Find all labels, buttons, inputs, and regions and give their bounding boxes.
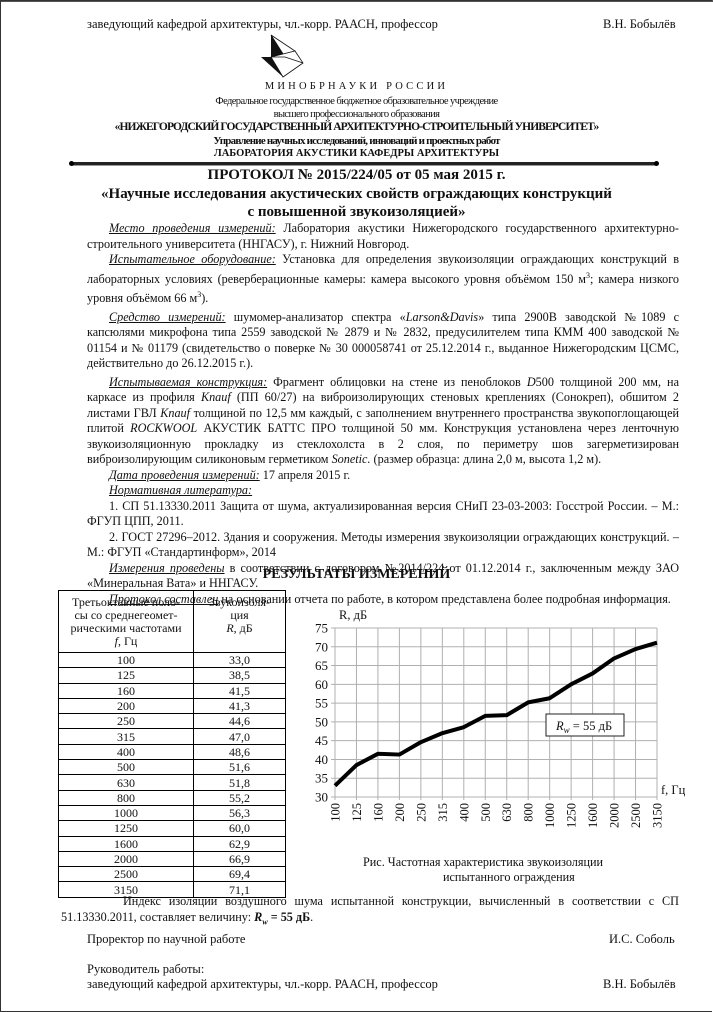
insulation-cell: 38,5 (194, 668, 286, 683)
prorector-role: Проректор по научной работе (87, 932, 245, 947)
frequency-cell: 160 (59, 683, 194, 698)
x-tick-label: 160 (371, 803, 385, 822)
table-row: 125060,0 (59, 821, 286, 836)
section-literature-label: Нормативная литература: (87, 483, 679, 499)
institution-line-2: высшего профессионального образования (0, 109, 713, 120)
y-tick-label: 35 (315, 771, 328, 786)
insulation-cell: 51,6 (194, 760, 286, 775)
header-signature-name: В.Н. Бобылёв (603, 17, 676, 32)
x-axis-label: f, Гц (661, 783, 686, 797)
table-row: 250069,4 (59, 867, 286, 882)
insulation-cell: 56,3 (194, 805, 286, 820)
header-signature-role: заведующий кафедрой архитектуры, чл.-кор… (87, 17, 438, 32)
insulation-cell: 62,9 (194, 836, 286, 851)
y-tick-label: 50 (315, 714, 328, 729)
table-row: 16041,5 (59, 683, 286, 698)
section-date: Дата проведения измерений: 17 апреля 201… (87, 468, 679, 484)
table-row: 25044,6 (59, 714, 286, 729)
frequency-cell: 800 (59, 790, 194, 805)
figure-caption-line-1: Рис. Частотная характеристика звукоизоля… (363, 855, 603, 870)
section-equipment: Испытательное оборудование: Установка дл… (87, 252, 679, 307)
x-tick-label: 800 (522, 803, 536, 822)
y-tick-label: 40 (315, 752, 328, 767)
insulation-cell: 69,4 (194, 867, 286, 882)
y-tick-label: 75 (315, 621, 328, 636)
frequency-cell: 2500 (59, 867, 194, 882)
y-tick-label: 70 (315, 639, 328, 654)
frequency-cell: 1000 (59, 805, 194, 820)
table-row: 31547,0 (59, 729, 286, 744)
frequency-cell: 250 (59, 714, 194, 729)
table-row: 160062,9 (59, 836, 286, 851)
insulation-cell: 48,6 (194, 744, 286, 759)
laboratory-name: ЛАБОРАТОРИЯ АКУСТИКИ КАФЕДРЫ АРХИТЕКТУРЫ (0, 148, 713, 159)
department-name: Управление научных исследований, инновац… (0, 135, 713, 147)
results-title: РЕЗУЛЬТАТЫ ИЗМЕРЕНИЙ (0, 567, 713, 583)
head-label: Руководитель работы: (87, 962, 204, 977)
protocol-body: Место проведения измерений: Лаборатория … (87, 221, 679, 607)
x-tick-label: 2500 (629, 803, 643, 828)
header-divider (72, 162, 656, 166)
y-tick-label: 55 (315, 696, 328, 711)
table-row: 63051,8 (59, 775, 286, 790)
insulation-cell: 41,5 (194, 683, 286, 698)
x-tick-label: 3150 (651, 803, 665, 828)
insulation-cell: 47,0 (194, 729, 286, 744)
x-tick-label: 315 (436, 803, 450, 822)
x-tick-label: 1600 (586, 803, 600, 828)
literature-item-1: 1. СП 51.13330.2011 Защита от шума, акту… (87, 499, 679, 530)
conclusion-paragraph: Индекс изоляции воздушного шума испытанн… (61, 893, 679, 930)
rw-value: Rw = 55 дБ (254, 910, 310, 924)
x-tick-label: 1250 (565, 803, 579, 828)
x-tick-label: 500 (479, 803, 493, 822)
ministry-name: МИНОБРНАУКИ РОССИИ (0, 81, 713, 92)
y-axis-label: R, дБ (339, 608, 367, 622)
insulation-cell: 55,2 (194, 790, 286, 805)
figure-caption-line-2: испытанного ограждения (443, 870, 575, 885)
y-tick-label: 45 (315, 733, 328, 748)
frequency-response-chart: 3035404550556065707510012516020025031540… (290, 600, 700, 850)
head-role: заведующий кафедрой архитектуры, чл.-кор… (87, 977, 438, 992)
table-row: 80055,2 (59, 790, 286, 805)
table-row: 200066,9 (59, 851, 286, 866)
x-tick-label: 125 (350, 803, 364, 822)
insulation-cell: 66,9 (194, 851, 286, 866)
table-row: 40048,6 (59, 744, 286, 759)
table-row: 100056,3 (59, 805, 286, 820)
y-tick-label: 30 (315, 790, 328, 805)
head-name: В.Н. Бобылёв (603, 977, 676, 992)
insulation-cell: 41,3 (194, 698, 286, 713)
table-row: 50051,6 (59, 760, 286, 775)
section-place: Место проведения измерений: Лаборатория … (87, 221, 679, 252)
literature-item-2: 2. ГОСТ 27296–2012. Здания и сооружения.… (87, 530, 679, 561)
frequency-cell: 400 (59, 744, 194, 759)
section-instrument: Средство измерений: шумомер-анализатор с… (87, 310, 679, 372)
frequency-cell: 315 (59, 729, 194, 744)
rw-annotation-text: Rw = 55 дБ (555, 719, 612, 735)
frequency-cell: 1250 (59, 821, 194, 836)
x-tick-label: 200 (393, 803, 407, 822)
column-header-insulation: Звукоизоля- ция R, дБ (194, 591, 286, 653)
results-table: Третьоктавные поло- сы со среднегеомет- … (58, 590, 286, 898)
x-tick-label: 630 (500, 803, 514, 822)
protocol-title-line-2: с повышенной звукоизоляцией» (0, 204, 713, 221)
frequency-cell: 200 (59, 698, 194, 713)
x-tick-label: 250 (414, 803, 428, 822)
frequency-cell: 100 (59, 653, 194, 668)
table-row: 20041,3 (59, 698, 286, 713)
y-tick-label: 65 (315, 658, 328, 673)
insulation-cell: 60,0 (194, 821, 286, 836)
institution-line-1: Федеральное государственное бюджетное об… (0, 96, 713, 107)
table-row: 12538,5 (59, 668, 286, 683)
section-construction: Испытываемая конструкция: Фрагмент облиц… (87, 375, 679, 468)
prorector-name: И.С. Соболь (609, 932, 675, 947)
pyramid-logo-icon (257, 33, 309, 79)
frequency-cell: 1600 (59, 836, 194, 851)
frequency-cell: 125 (59, 668, 194, 683)
protocol-number: ПРОТОКОЛ № 2015/224/05 от 05 мая 2015 г. (0, 167, 713, 184)
x-tick-label: 400 (457, 803, 471, 822)
x-tick-label: 1000 (543, 803, 557, 828)
x-tick-label: 100 (329, 803, 343, 822)
insulation-cell: 33,0 (194, 653, 286, 668)
y-tick-label: 60 (315, 677, 328, 692)
frequency-cell: 630 (59, 775, 194, 790)
x-tick-label: 2000 (608, 803, 622, 828)
university-name: «НИЖЕГОРОДСКИЙ ГОСУДАРСТВЕННЫЙ АРХИТЕКТУ… (0, 121, 713, 133)
frequency-cell: 2000 (59, 851, 194, 866)
column-header-frequency: Третьоктавные поло- сы со среднегеомет- … (59, 591, 194, 653)
insulation-cell: 51,8 (194, 775, 286, 790)
protocol-title-line-1: «Научные исследования акустических свойс… (0, 186, 713, 203)
frequency-cell: 500 (59, 760, 194, 775)
insulation-cell: 44,6 (194, 714, 286, 729)
table-row: 10033,0 (59, 653, 286, 668)
